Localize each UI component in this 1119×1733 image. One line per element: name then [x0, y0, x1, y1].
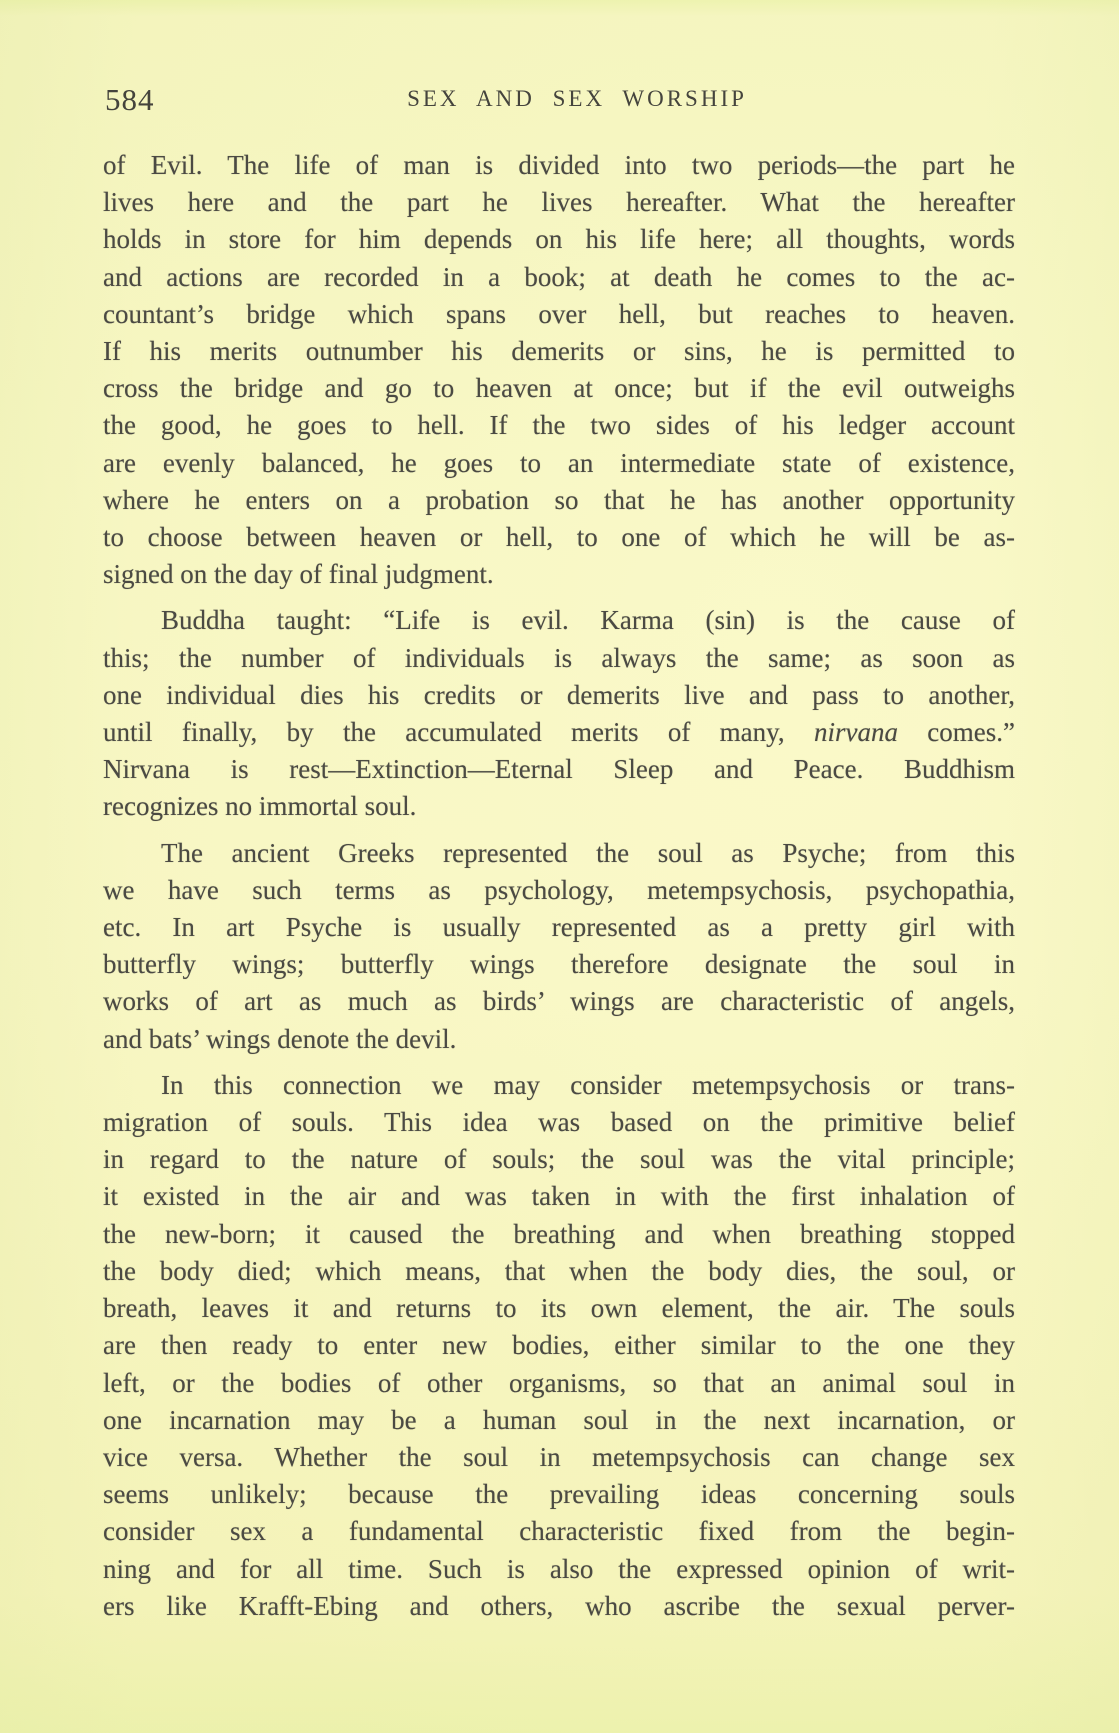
- text-line: migration of souls. This idea was based …: [103, 1104, 1015, 1141]
- text-line: the body died; which means, that when th…: [103, 1253, 1015, 1290]
- text-line: If his merits outnumber his demerits or …: [103, 333, 1015, 370]
- text-line: and bats’ wings denote the devil.: [103, 1021, 1015, 1058]
- text-line: breath, leaves it and returns to its own…: [103, 1290, 1015, 1327]
- text-line: ers like Krafft-Ebing and others, who as…: [103, 1588, 1015, 1625]
- text-line: one individual dies his credits or demer…: [103, 677, 1015, 714]
- text-line: butterfly wings; butterfly wings therefo…: [103, 946, 1015, 983]
- text-line: Nirvana is rest—Extinction—Eternal Sleep…: [103, 751, 1015, 788]
- book-page: 584 SEX AND SEX WORSHIP of Evil. The lif…: [0, 0, 1119, 1733]
- text-line: are then ready to enter new bodies, eith…: [103, 1327, 1015, 1364]
- text-line: recognizes no immortal soul.: [103, 788, 1015, 825]
- text-line: cross the bridge and go to heaven at onc…: [103, 370, 1015, 407]
- text-line: it existed in the air and was taken in w…: [103, 1178, 1015, 1215]
- text-line: consider sex a fundamental characteristi…: [103, 1513, 1015, 1550]
- page-number: 584: [105, 82, 155, 118]
- text-line: where he enters on a probation so that h…: [103, 482, 1015, 519]
- text-line: we have such terms as psychology, metemp…: [103, 872, 1015, 909]
- page-body: of Evil. The life of man is divided into…: [103, 147, 1015, 1625]
- paragraph: The ancient Greeks represented the soul …: [103, 835, 1015, 1058]
- text-line: works of art as much as birds’ wings are…: [103, 983, 1015, 1020]
- text-line: etc. In art Psyche is usually represente…: [103, 909, 1015, 946]
- paragraph: of Evil. The life of man is divided into…: [103, 147, 1015, 593]
- text-line: until finally, by the accumulated merits…: [103, 714, 1015, 751]
- text-line: one incarnation may be a human soul in t…: [103, 1402, 1015, 1439]
- text-line: signed on the day of final judgment.: [103, 556, 1015, 593]
- text-line: vice versa. Whether the soul in metempsy…: [103, 1439, 1015, 1476]
- text-line: in regard to the nature of souls; the so…: [103, 1141, 1015, 1178]
- text-line: of Evil. The life of man is divided into…: [103, 147, 1015, 184]
- text-line: and actions are recorded in a book; at d…: [103, 259, 1015, 296]
- text-line: holds in store for him depends on his li…: [103, 221, 1015, 258]
- text-line: to choose between heaven or hell, to one…: [103, 519, 1015, 556]
- text-line: In this connection we may consider metem…: [103, 1067, 1015, 1104]
- page-header: 584 SEX AND SEX WORSHIP: [103, 82, 1015, 118]
- paragraph: Buddha taught: “Life is evil. Karma (sin…: [103, 602, 1015, 825]
- text-line: left, or the bodies of other organisms, …: [103, 1365, 1015, 1402]
- text-line: ning and for all time. Such is also the …: [103, 1551, 1015, 1588]
- text-line: are evenly balanced, he goes to an inter…: [103, 445, 1015, 482]
- running-title: SEX AND SEX WORSHIP: [103, 82, 1015, 112]
- text-line: seems unlikely; because the prevailing i…: [103, 1476, 1015, 1513]
- text-line: the new-born; it caused the breathing an…: [103, 1216, 1015, 1253]
- paragraph: In this connection we may consider metem…: [103, 1067, 1015, 1625]
- text-line: The ancient Greeks represented the soul …: [103, 835, 1015, 872]
- text-line: countant’s bridge which spans over hell,…: [103, 296, 1015, 333]
- text-line: this; the number of individuals is alway…: [103, 640, 1015, 677]
- text-line: Buddha taught: “Life is evil. Karma (sin…: [103, 602, 1015, 639]
- text-line: lives here and the part he lives hereaft…: [103, 184, 1015, 221]
- text-line: the good, he goes to hell. If the two si…: [103, 407, 1015, 444]
